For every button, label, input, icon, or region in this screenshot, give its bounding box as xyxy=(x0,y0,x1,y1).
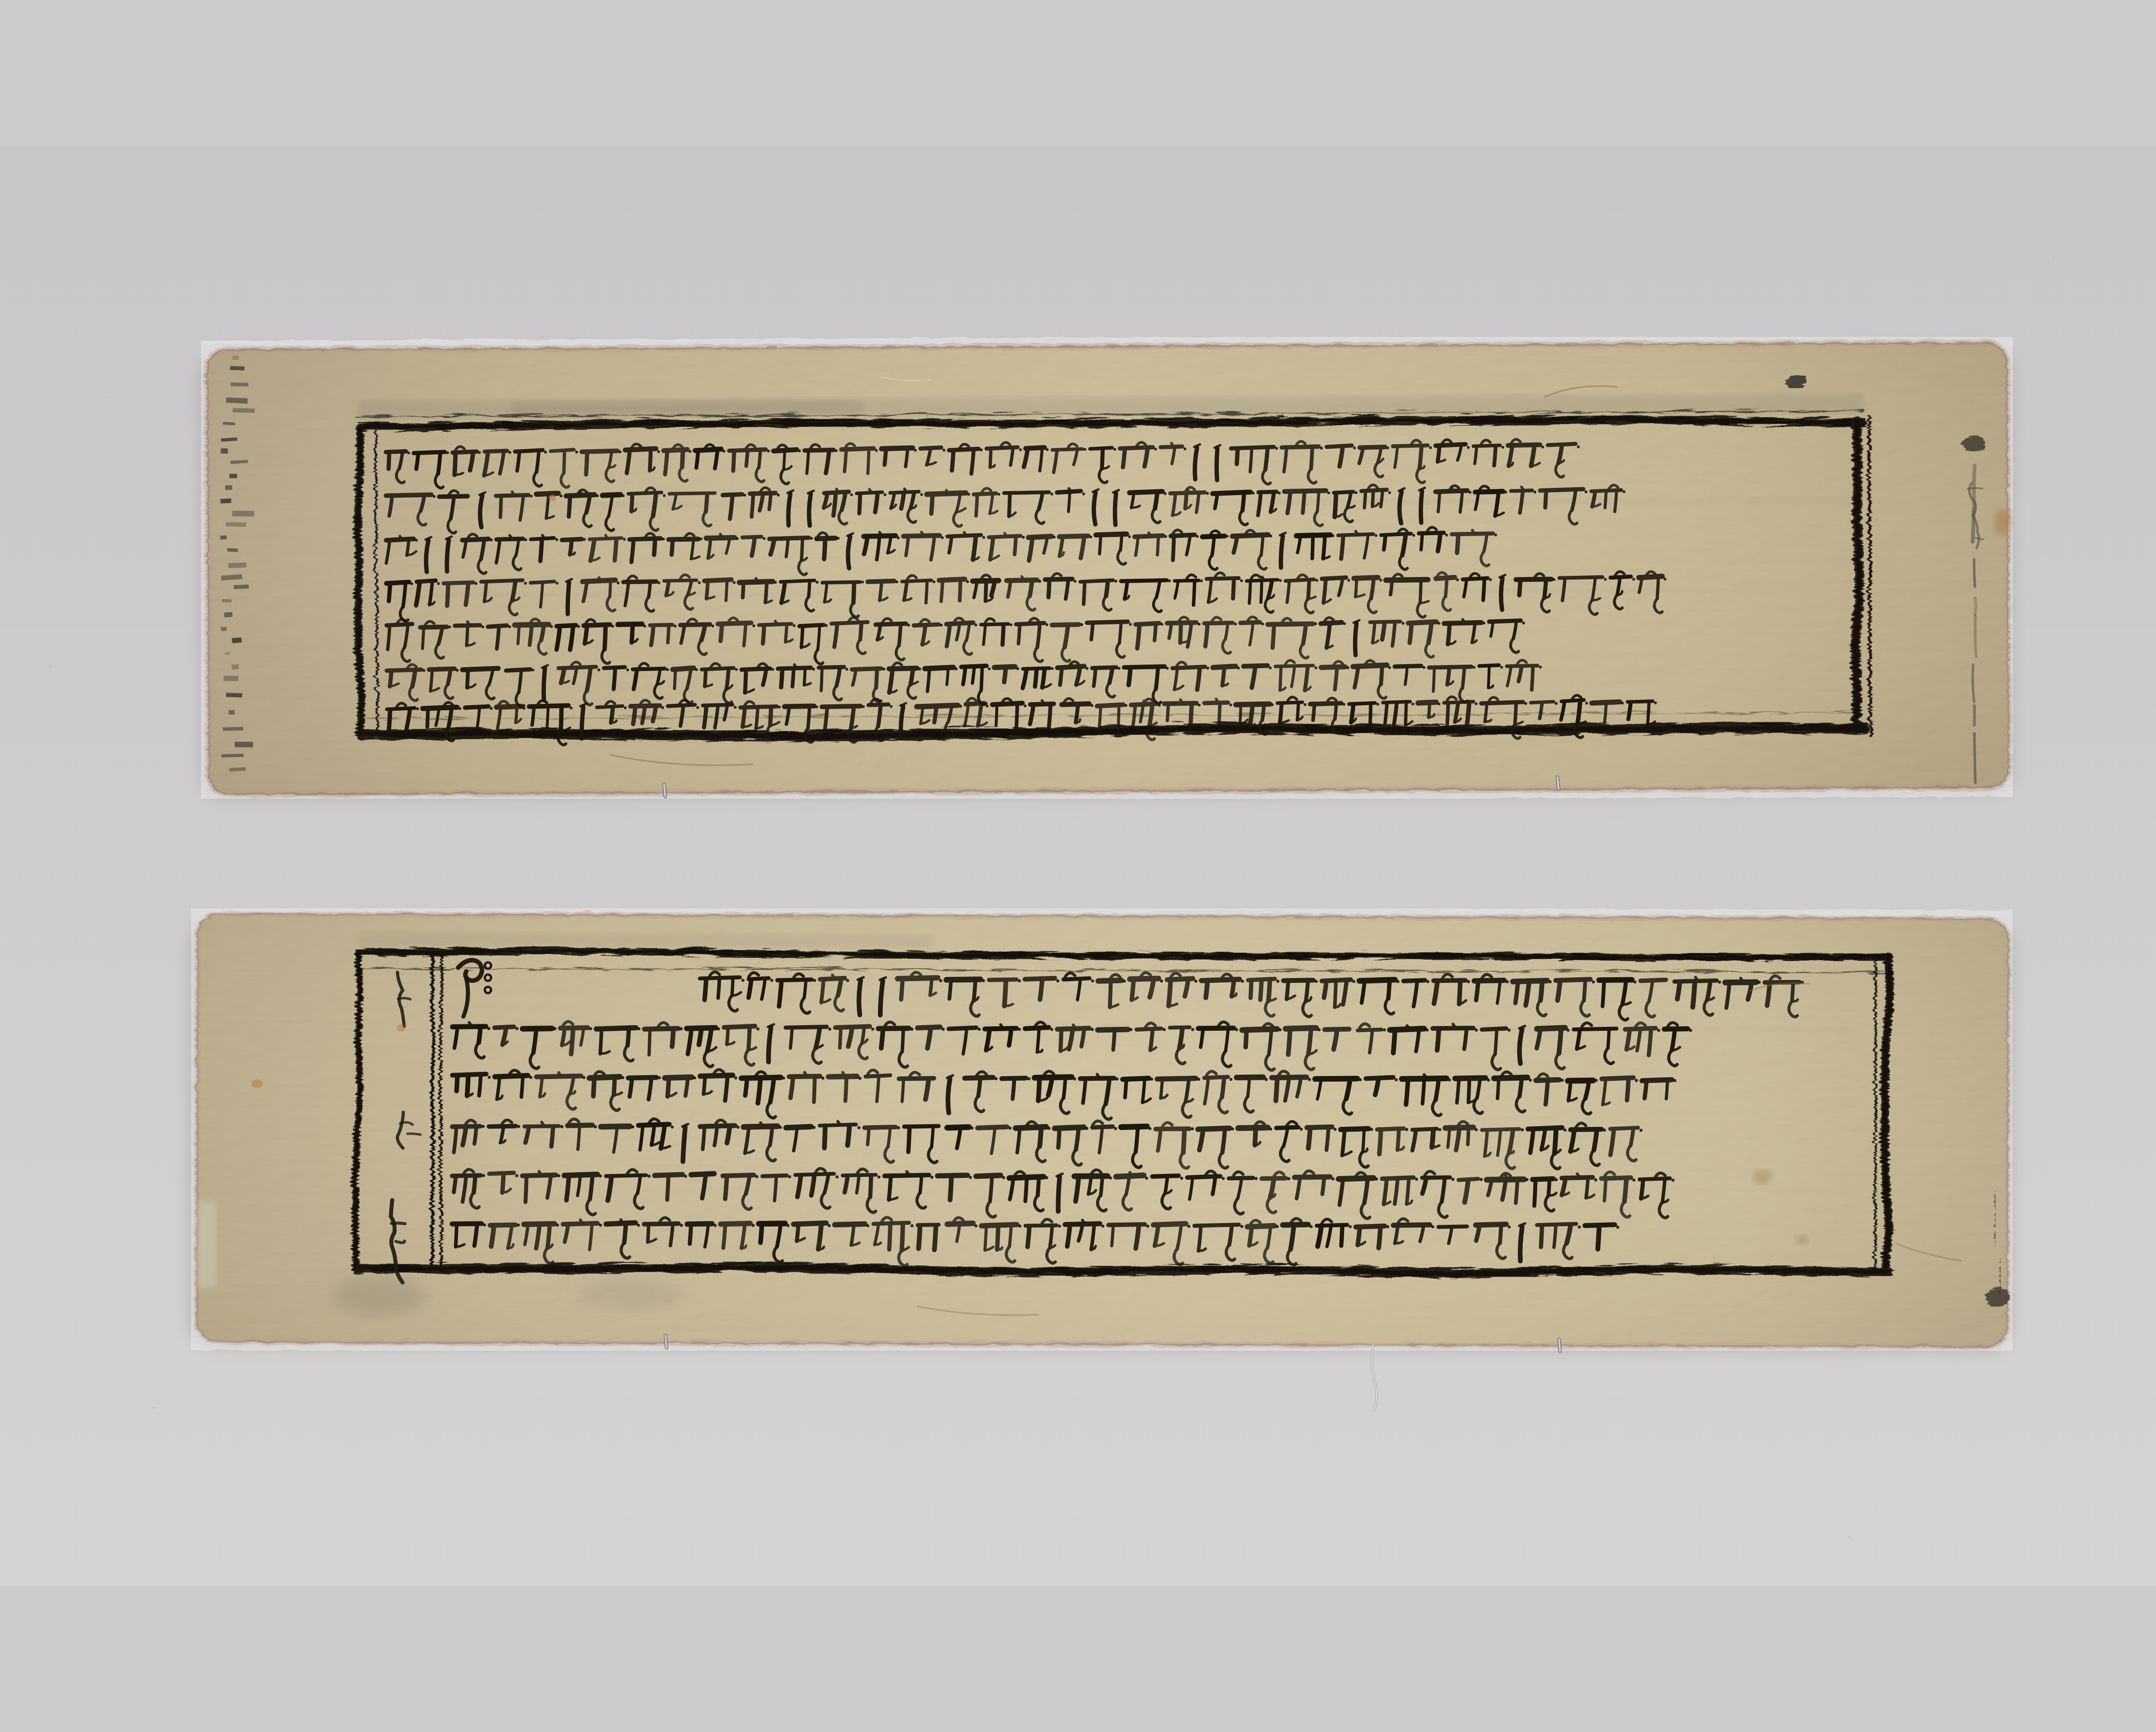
top-folio: པ་བཟུང་ལས་བ་ཤད་པ་ལྷུར་ཐོབ་ཏུ་ཞེ་འབུལ་སུ་… xyxy=(200,342,2012,798)
delaminated-edge-sliver xyxy=(197,1201,216,1287)
mount-pin xyxy=(665,1336,666,1348)
bottom-folio: ཕྱི ཆ སྨད ༄༅༔ འཕེལ་བ་ཡིན་ནོ། །བསྟེན་སྒྲུ… xyxy=(189,913,2012,1352)
mount-pin xyxy=(1559,1339,1560,1351)
mount-pin xyxy=(1557,777,1558,789)
bottom-margin-ink-offset-smudge xyxy=(359,932,932,948)
mount-pin xyxy=(664,784,665,797)
manuscript-photograph: Two loose folios of a Tibetan Buddhist p… xyxy=(0,0,2156,1732)
